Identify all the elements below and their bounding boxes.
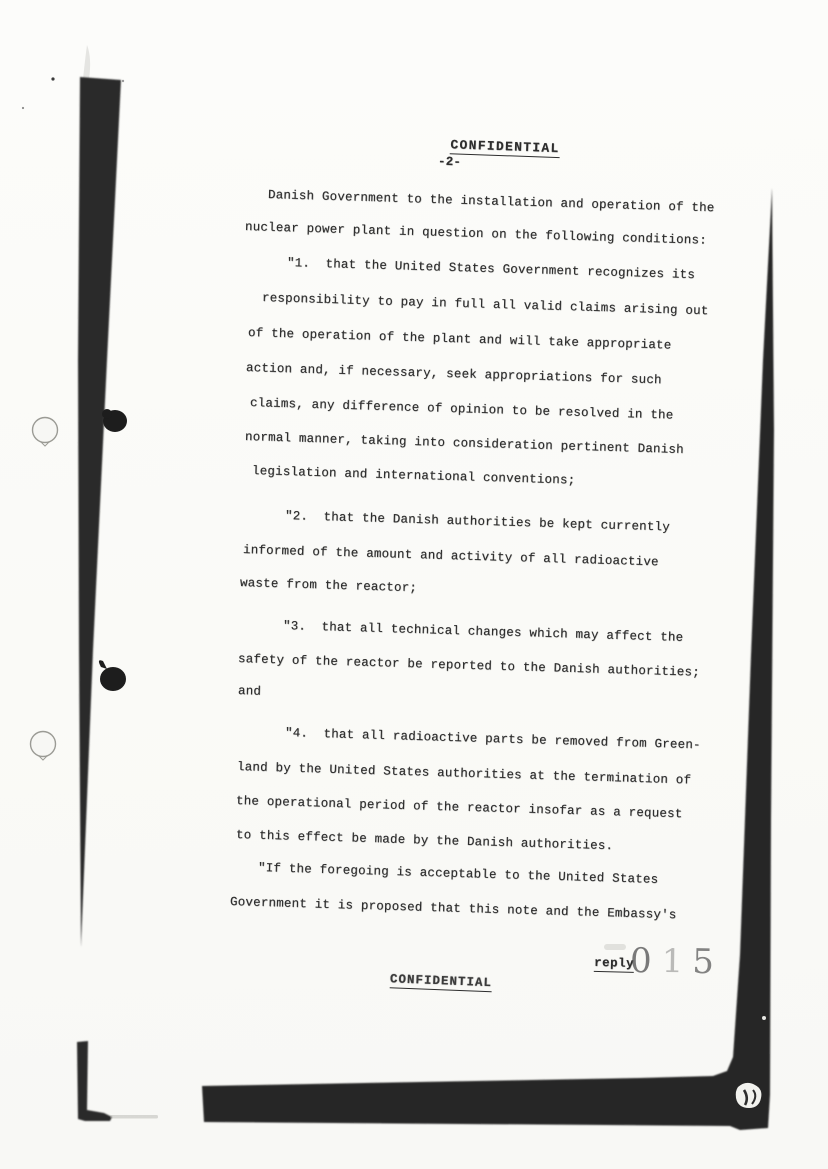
page-number: -2- bbox=[438, 155, 462, 170]
bottom-left-scan-bar bbox=[77, 1041, 112, 1121]
scan-smudge bbox=[110, 1115, 158, 1119]
classification-footer-text: CONFIDENTIAL bbox=[390, 972, 493, 992]
scanned-document-page: CONFIDENTIAL -2- Danish Government to th… bbox=[0, 0, 828, 1169]
punch-hole bbox=[31, 732, 56, 761]
catchword: reply bbox=[561, 941, 634, 987]
scan-speck bbox=[22, 107, 24, 109]
classification-header-text: CONFIDENTIAL bbox=[450, 137, 560, 158]
typed-line: and bbox=[238, 684, 262, 699]
scan-speck bbox=[762, 1016, 766, 1020]
ink-blob bbox=[102, 409, 127, 432]
classification-header: CONFIDENTIAL bbox=[413, 121, 560, 173]
stamp-digit: 0 bbox=[630, 941, 652, 981]
page-id-stamp: 015 bbox=[630, 941, 714, 982]
scan-speck bbox=[51, 77, 54, 80]
corner-white-blob bbox=[736, 1083, 762, 1108]
stamp-digit: 1 bbox=[661, 942, 683, 980]
scan-speck bbox=[122, 80, 124, 82]
left-scan-bar bbox=[78, 77, 121, 947]
punch-hole bbox=[33, 418, 58, 447]
ink-blob bbox=[99, 660, 126, 691]
catchword-text: reply bbox=[594, 956, 634, 973]
classification-footer: CONFIDENTIAL bbox=[355, 957, 493, 1006]
scan-smudge bbox=[83, 45, 90, 79]
stamp-digit: 5 bbox=[692, 942, 714, 982]
